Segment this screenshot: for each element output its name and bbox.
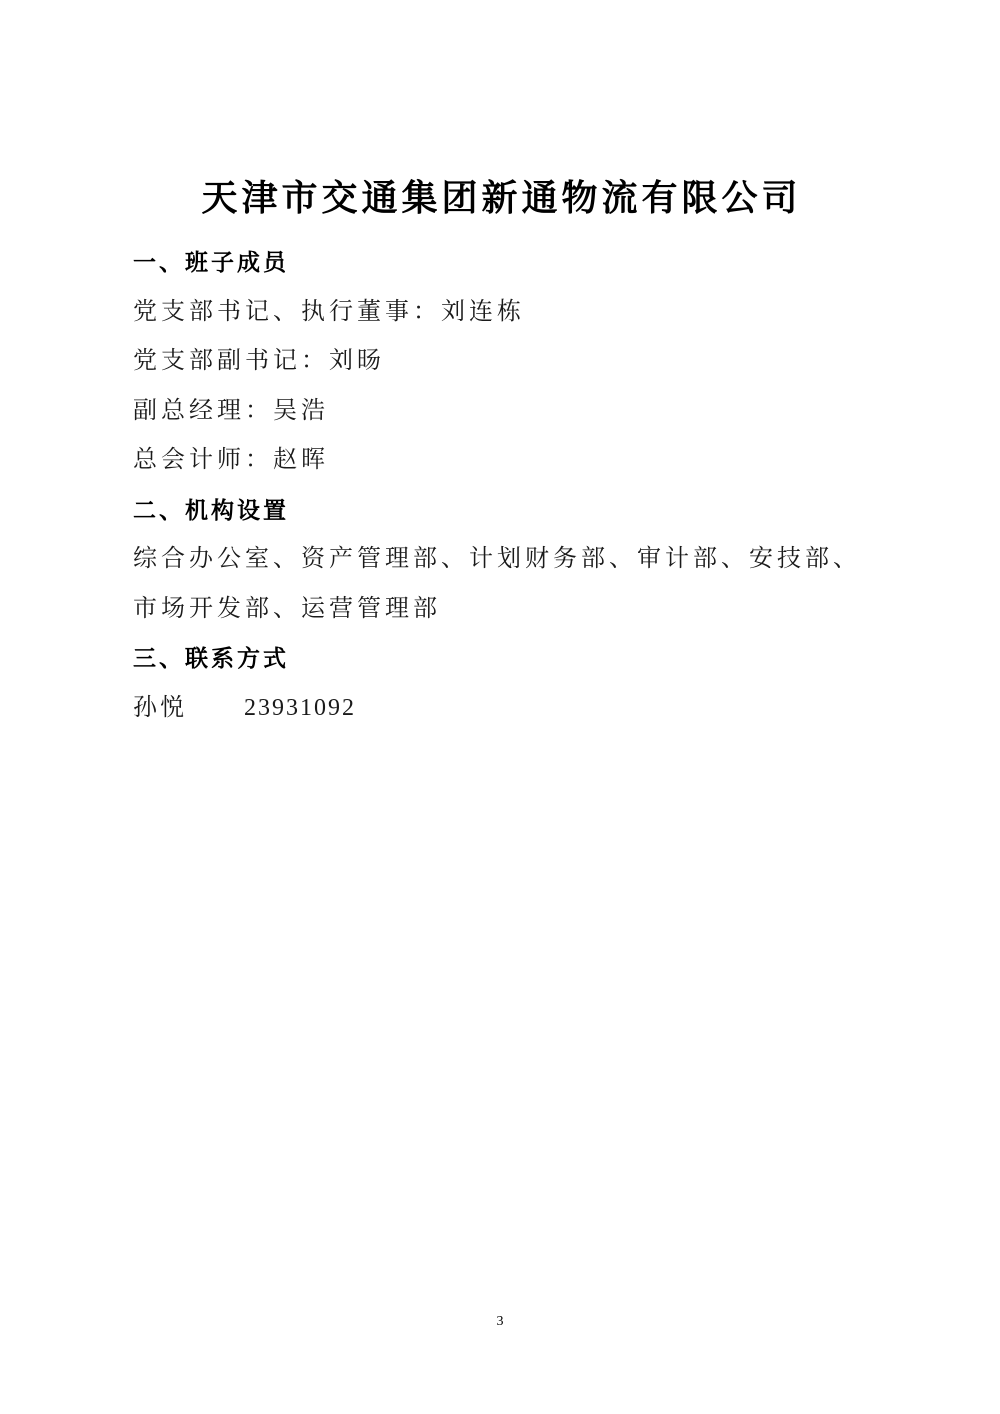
body-line: 综合办公室、资产管理部、计划财务部、审计部、安技部、 xyxy=(133,535,872,585)
section-heading: 二、机构设置 xyxy=(133,486,872,536)
contact-name: 孙悦 xyxy=(133,695,187,721)
document-page: 天津市交通集团新通物流有限公司 一、班子成员 党支部书记、执行董事：刘连栋 党支… xyxy=(0,0,1000,1414)
body-line: 总会计师：赵晖 xyxy=(133,436,872,486)
page-number: 3 xyxy=(0,1314,1000,1330)
body-line: 市场开发部、运营管理部 xyxy=(133,585,872,635)
body-line: 党支部书记、执行董事：刘连栋 xyxy=(133,288,872,338)
body-line: 副总经理：吴浩 xyxy=(133,387,872,437)
contact-phone: 23931092 xyxy=(244,695,356,721)
section-heading: 三、联系方式 xyxy=(133,634,872,684)
section-contact: 三、联系方式 孙悦23931092 xyxy=(133,634,872,733)
body-line: 党支部副书记：刘旸 xyxy=(133,337,872,387)
document-body: 一、班子成员 党支部书记、执行董事：刘连栋 党支部副书记：刘旸 副总经理：吴浩 … xyxy=(133,238,872,733)
contact-line: 孙悦23931092 xyxy=(133,684,872,734)
section-heading: 一、班子成员 xyxy=(133,238,872,288)
section-team-members: 一、班子成员 党支部书记、执行董事：刘连栋 党支部副书记：刘旸 副总经理：吴浩 … xyxy=(133,238,872,486)
document-title: 天津市交通集团新通物流有限公司 xyxy=(133,170,870,221)
section-organization: 二、机构设置 综合办公室、资产管理部、计划财务部、审计部、安技部、 市场开发部、… xyxy=(133,486,872,635)
